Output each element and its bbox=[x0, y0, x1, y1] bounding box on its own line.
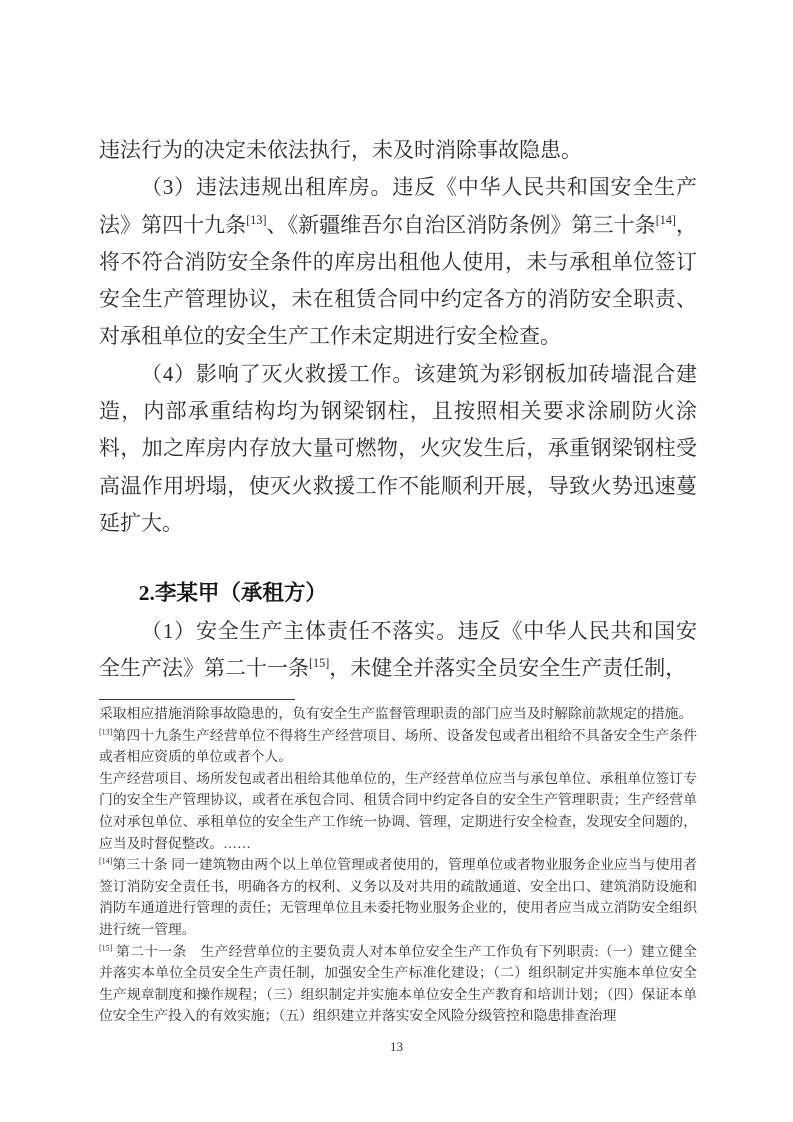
footnote-14: [14]第三十条 同一建筑物由两个以上单位管理或者使用的，管理单位或者物业服务企… bbox=[99, 854, 697, 940]
page-number: 13 bbox=[0, 1039, 793, 1055]
paragraph-item-3: （3）违法违规出租库房。违反《中华人民共和国安全生产法》第四十九条[13]、《新… bbox=[99, 169, 697, 355]
paragraph-item-1: （1）安全生产主体责任不落实。违反《中华人民共和国安全生产法》第二十一条[15]… bbox=[99, 613, 697, 688]
paragraph-item-4: （4）影响了灭火救援工作。该建筑为彩钢板加砖墙混合建造，内部承重结构均为钢梁钢柱… bbox=[99, 356, 697, 542]
document-page: 违法行为的决定未依法执行，未及时消除事故隐患。 （3）违法违规出租库房。违反《中… bbox=[0, 0, 793, 1122]
body-text: 违法行为的决定未依法执行，未及时消除事故隐患。 （3）违法违规出租库房。违反《中… bbox=[99, 132, 697, 687]
footnote-separator bbox=[99, 699, 295, 700]
footnote-13-continued: 生产经营项目、场所发包或者出租给其他单位的，生产经营单位应当与承包单位、承租单位… bbox=[99, 768, 697, 854]
footnote-13: [13]第四十九条生产经营单位不得将生产经营项目、场所、设备发包或者出租给不具备… bbox=[99, 725, 697, 768]
section-heading: 2.李某甲（承租方） bbox=[99, 575, 697, 612]
paragraph-continuation: 违法行为的决定未依法执行，未及时消除事故隐患。 bbox=[99, 132, 697, 169]
footnotes: 采取相应措施消除事故隐患的，负有安全生产监督管理职责的部门应当及时解除前款规定的… bbox=[99, 703, 697, 1027]
footnote-15: [15] 第二十一条 生产经营单位的主要负责人对本单位安全生产工作负有下列职责:… bbox=[99, 941, 697, 1027]
footnote-continuation: 采取相应措施消除事故隐患的，负有安全生产监督管理职责的部门应当及时解除前款规定的… bbox=[99, 703, 697, 725]
